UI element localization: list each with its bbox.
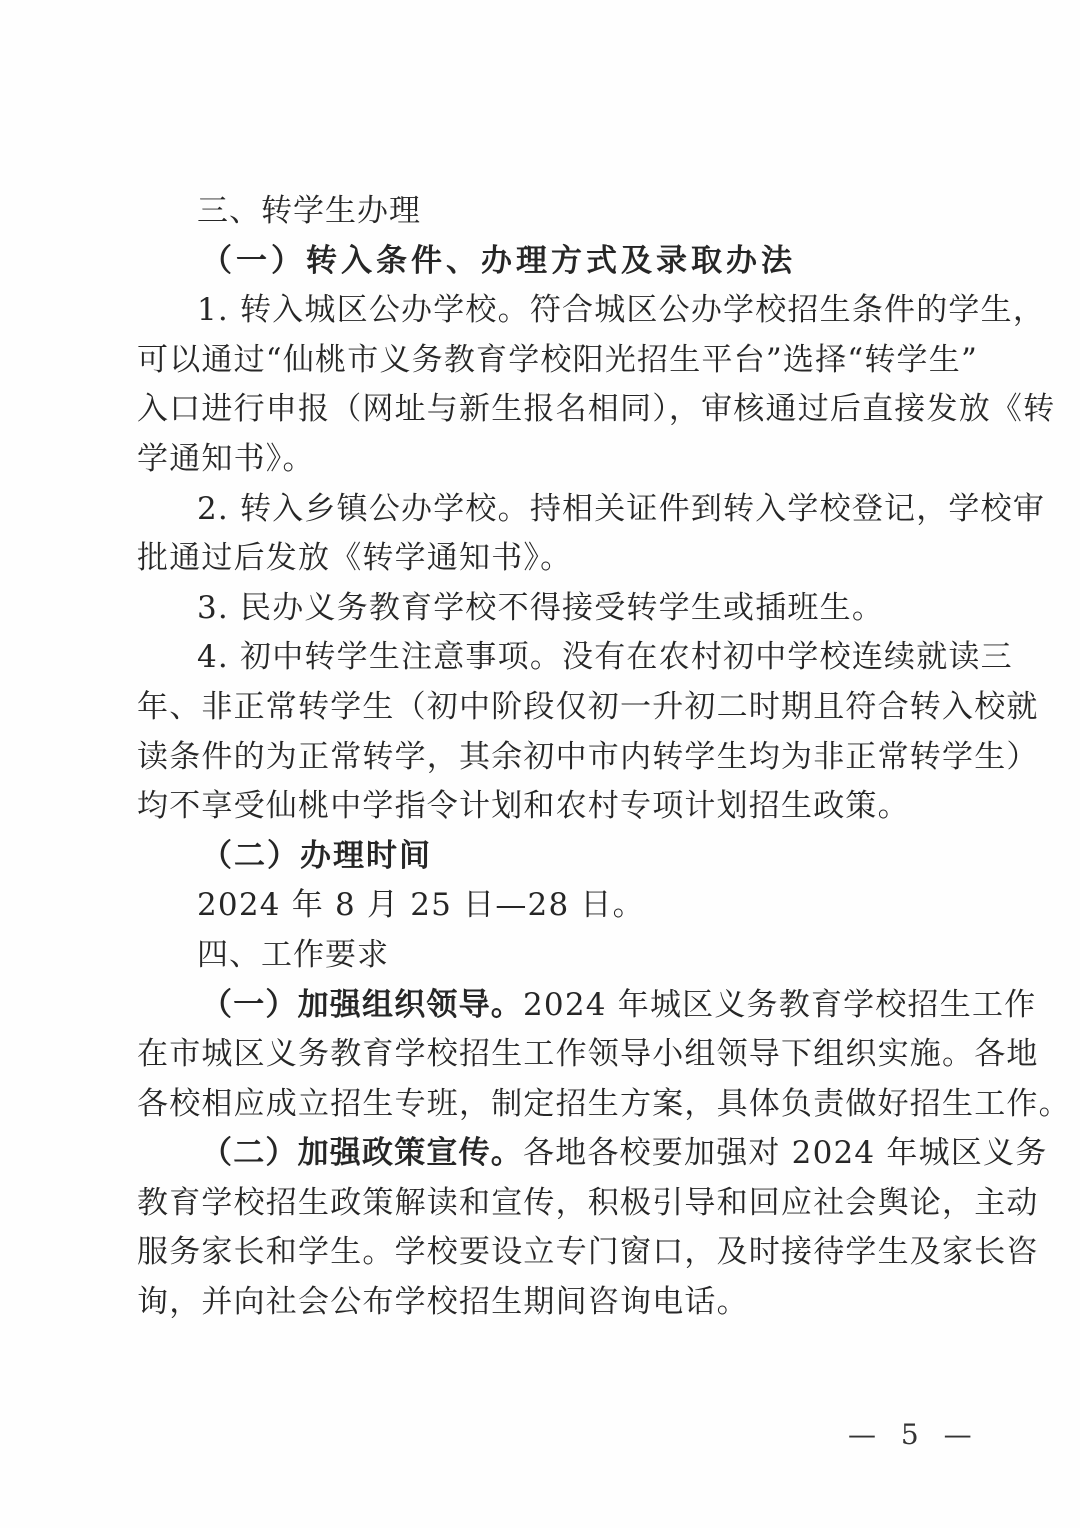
text-line: 2. 转入乡镇公办学校。持相关证件到转入学校登记，学校审 (197, 485, 940, 535)
text-line: 学通知书》。 (137, 435, 940, 485)
text-line: 各校相应成立招生专班，制定招生方案，具体负责做好招生工作。 (137, 1080, 940, 1130)
section-heading-3: 三、转学生办理 (137, 187, 940, 237)
text-line: 各地各校要加强对 2024 年城区义务 (523, 1129, 1047, 1179)
text-line: 在市城区义务教育学校招生工作领导小组领导下组织实施。各地 (137, 1030, 940, 1080)
text-line: 1. 转入城区公办学校。符合城区公办学校招生条件的学生， (197, 286, 940, 336)
text-line: 教育学校招生政策解读和宣传，积极引导和回应社会舆论，主动 (137, 1179, 940, 1229)
text-line: 3. 民办义务教育学校不得接受转学生或插班生。 (137, 584, 940, 634)
text-line: 读条件的为正常转学，其余初中市内转学生均为非正常转学生） (137, 733, 940, 783)
paragraph-4-1: （一）加强组织领导。 2024 年城区义务教育学校招生工作 在市城区义务教育学校… (137, 981, 940, 1130)
text-line: 均不享受仙桃中学指令计划和农村专项计划招生政策。 (137, 782, 940, 832)
page-number: — 5 — (848, 1418, 980, 1451)
subsection-heading-3-2: （二）办理时间 (137, 832, 940, 882)
text-line: 询，并向社会公布学校招生期间咨询电话。 (137, 1278, 940, 1328)
paragraph-item-3: 3. 民办义务教育学校不得接受转学生或插班生。 (137, 584, 940, 634)
text-line: 入口进行申报（网址与新生报名相同），审核通过后直接发放《转 (137, 385, 940, 435)
paragraph-item-2: 2. 转入乡镇公办学校。持相关证件到转入学校登记，学校审 批通过后发放《转学通知… (137, 485, 940, 584)
section-heading-4: 四、工作要求 (137, 931, 940, 981)
text-line: 年、非正常转学生（初中阶段仅初一升初二时期且符合转入校就 (137, 683, 940, 733)
document-body: 三、转学生办理 （一）转入条件、办理方式及录取办法 1. 转入城区公办学校。符合… (137, 187, 940, 1328)
text-line: 2024 年城区义务教育学校招生工作 (523, 981, 1036, 1031)
document-page: 三、转学生办理 （一）转入条件、办理方式及录取办法 1. 转入城区公办学校。符合… (0, 0, 1080, 1528)
text-line: 服务家长和学生。学校要设立专门窗口，及时接待学生及家长咨 (137, 1228, 940, 1278)
text-line: 批通过后发放《转学通知书》。 (137, 534, 940, 584)
handling-time-text: 2024 年 8 月 25 日—28 日。 (137, 881, 940, 931)
paragraph-lead: （二）加强政策宣传。 (201, 1129, 523, 1179)
paragraph-lead: （一）加强组织领导。 (201, 981, 523, 1031)
subsection-heading-3-1: （一）转入条件、办理方式及录取办法 (137, 237, 940, 287)
text-line: 可以通过“仙桃市义务教育学校阳光招生平台”选择“转学生” (137, 336, 940, 386)
paragraph-item-4: 4. 初中转学生注意事项。没有在农村初中学校连续就读三 年、非正常转学生（初中阶… (137, 633, 940, 831)
paragraph-4-2: （二）加强政策宣传。 各地各校要加强对 2024 年城区义务 教育学校招生政策解… (137, 1129, 940, 1327)
text-line: 4. 初中转学生注意事项。没有在农村初中学校连续就读三 (197, 633, 940, 683)
paragraph-item-1: 1. 转入城区公办学校。符合城区公办学校招生条件的学生， 可以通过“仙桃市义务教… (137, 286, 940, 484)
